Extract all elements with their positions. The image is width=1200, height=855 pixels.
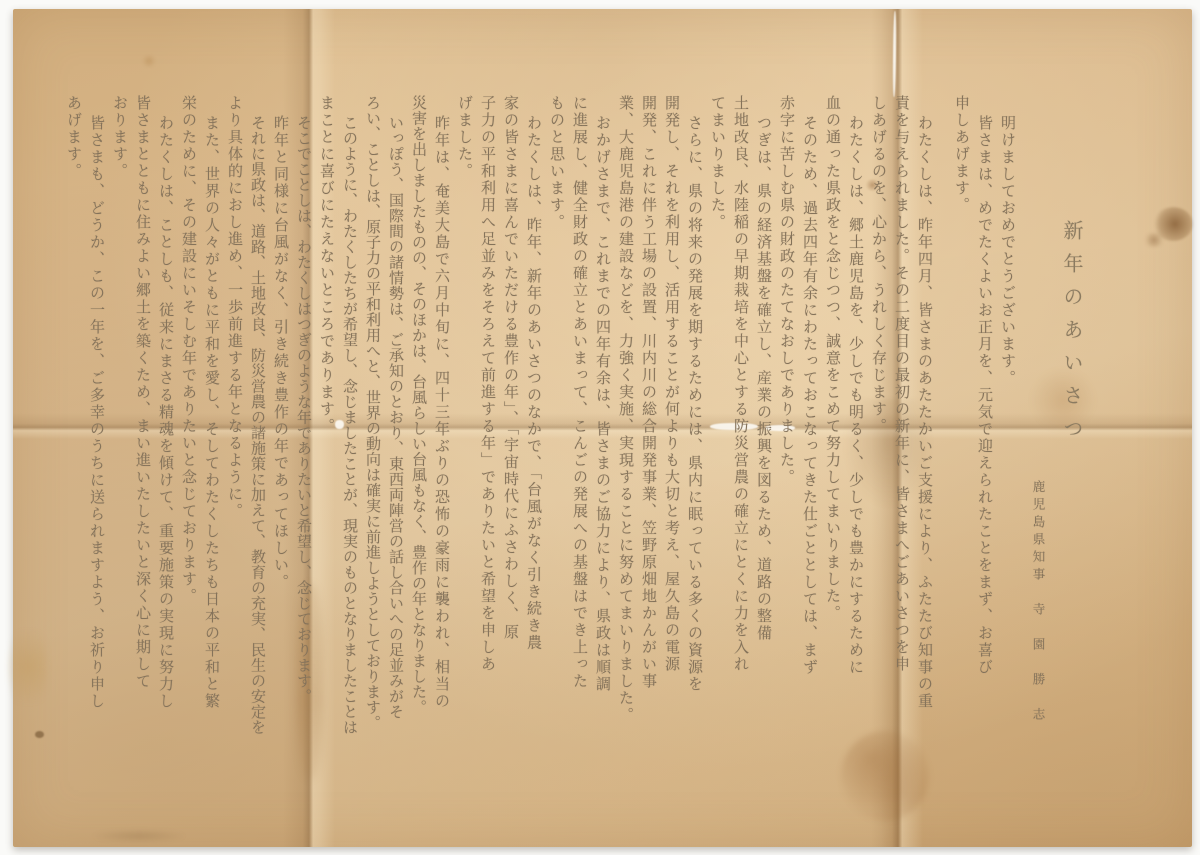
scan-background: 新年のあいさつ鹿児島県知事 寺 園 勝 志明けましておめでとうございます。皆さま… — [0, 0, 1200, 855]
text-column: 開発し、それを利用し、活用することが何よりも大切と考え、屋久島の電源 — [664, 95, 679, 789]
letter-signature: 鹿児島県知事 寺 園 勝 志 — [1029, 95, 1047, 789]
text-column: 明けましておめでとうございます。 — [1000, 95, 1015, 789]
stain-left-edge — [9, 617, 47, 717]
text-column: そのため、過去四年有余にわたっておこなってきた仕ごととしては、まず — [802, 95, 817, 789]
text-column: おかげさまで、これまでの四年有余は、皆さまのご協力により、県政は順調 — [595, 95, 610, 789]
text-column: そこでことしは、わたくしはつぎのような年でありたいと希望し、念じております。 — [296, 95, 311, 789]
text-column: 申しあげます。 — [954, 95, 969, 789]
text-column: げました。 — [457, 95, 472, 789]
text-column: おります。 — [112, 95, 127, 789]
text-column: 皆さまは、めでたくよいお正月を、元気で迎えられたことをまず、お喜び — [977, 95, 992, 789]
text-column: 業、大鹿児島港の建設などを、力強く実施、実現することに努めてまいりました。 — [618, 95, 633, 789]
text-column: このように、わたくしたちが希望し、念じましたことが、現実のものとなりましたことは — [342, 95, 357, 789]
text-column: てまいりました。 — [710, 95, 725, 789]
text-column: 赤字に苦しむ県の財政のたてなおしでありました。 — [779, 95, 794, 789]
text-column: 皆さまも、どうか、この一年を、ご多幸のうちに送られますよう、お祈り申し — [89, 95, 104, 789]
text-column: 子力の平和利用へ足並みをそろえて前進する年」でありたいと希望を申しあ — [480, 95, 495, 789]
text-column: に進展し、健全財政の確立とあいまって、こんごの発展への基盤はでき上った — [572, 95, 587, 789]
text-column: 開発、これに伴う工場の設置、川内川の総合開発事業、笠野原畑地かんがい事 — [641, 95, 656, 789]
text-column: あげます。 — [66, 95, 81, 789]
text-column: しあげるのを、心から、うれしく存じます。 — [871, 95, 886, 789]
text-column: 皆さまとともに住みよい郷土を築くため、まい進いたしたいと深く心に期して — [135, 95, 150, 789]
paper-tear-top — [893, 11, 897, 97]
text-column: 昨年と同様に台風がなく、引き続き豊作の年であってほしい。 — [273, 95, 288, 789]
text-column: つぎは、県の経済基盤を確立し、産業の振興を図るため、道路の整備 — [756, 95, 771, 789]
text-column: ものと思います。 — [549, 95, 564, 789]
letter-title: 新年のあいさつ — [1059, 95, 1085, 789]
text-column: わたくしは、昨年、新年のあいさつのなかで、「台風がなく引き続き農 — [526, 95, 541, 789]
text-column: より具体的におし進め、一歩前進する年となるように。 — [227, 95, 242, 789]
text-column: 栄のために、その建設にいそしむ年でありたいと念じております。 — [181, 95, 196, 789]
text-column: 土地改良、水陸稲の早期栽培を中心とする防災営農の確立にとくに力を入れ — [733, 95, 748, 789]
letter-paper: 新年のあいさつ鹿児島県知事 寺 園 勝 志明けましておめでとうございます。皆さま… — [13, 9, 1192, 847]
text-column: 責を与えられました。その二度目の最初の新年に、皆さまへごあいさつを申 — [894, 95, 909, 789]
smudge-bottom-edge — [91, 829, 187, 843]
foxing-spot-top-left — [141, 55, 157, 67]
text-column: まことに喜びにたえないところであります。 — [319, 95, 334, 789]
text-column: わたくしは、ことしも、従来にまさる精魂を傾けて、重要施策の実現に努力し — [158, 95, 173, 789]
stain-right-edge-tail — [1143, 233, 1165, 247]
text-column: 昨年は、奄美大島で六月中旬に、四十三年ぶりの恐怖の豪雨に襲われ、相当の — [434, 95, 449, 789]
text-column: 家の皆さまに喜んでいただける豊作の年」、「宇宙時代にふさわしく、原 — [503, 95, 518, 789]
stain-fleck-small — [35, 731, 44, 738]
text-column: 血の通った県政をと念じつつ、誠意をこめて努力してまいりました。 — [825, 95, 840, 789]
letter-text: 新年のあいさつ鹿児島県知事 寺 園 勝 志明けましておめでとうございます。皆さま… — [58, 95, 1085, 789]
text-column: 災害を出しましたものの、そのほかは、台風らしい台風もなく、豊作の年となりました。 — [411, 95, 426, 789]
text-column: さらに、県の将来の発展を期するためには、県内に眠っている多くの資源を — [687, 95, 702, 789]
text-column: ろい、ことしは、原子力の平和利用へと、世界の動向は確実に前進しようとしております… — [365, 95, 380, 789]
text-column: わたくしは、郷土鹿児島を、少しでも明るく、少しでも豊かにするために — [848, 95, 863, 789]
text-column: わたくしは、昨年四月、皆さまのあたたかいご支援により、ふたたび知事の重 — [917, 95, 932, 789]
text-column: それに県政は、道路、土地改良、防災営農の諸施策に加えて、教育の充実、民生の安定を — [250, 95, 265, 789]
stain-right-edge — [1153, 207, 1193, 241]
text-column: また、世界の人々がともに平和を愛し、そしてわたくしたちも日本の平和と繁 — [204, 95, 219, 789]
text-column: いっぽう、国際間の諸情勢は、ご承知のとおり、東西両陣営の話し合いへの足並みがそ — [388, 95, 403, 789]
